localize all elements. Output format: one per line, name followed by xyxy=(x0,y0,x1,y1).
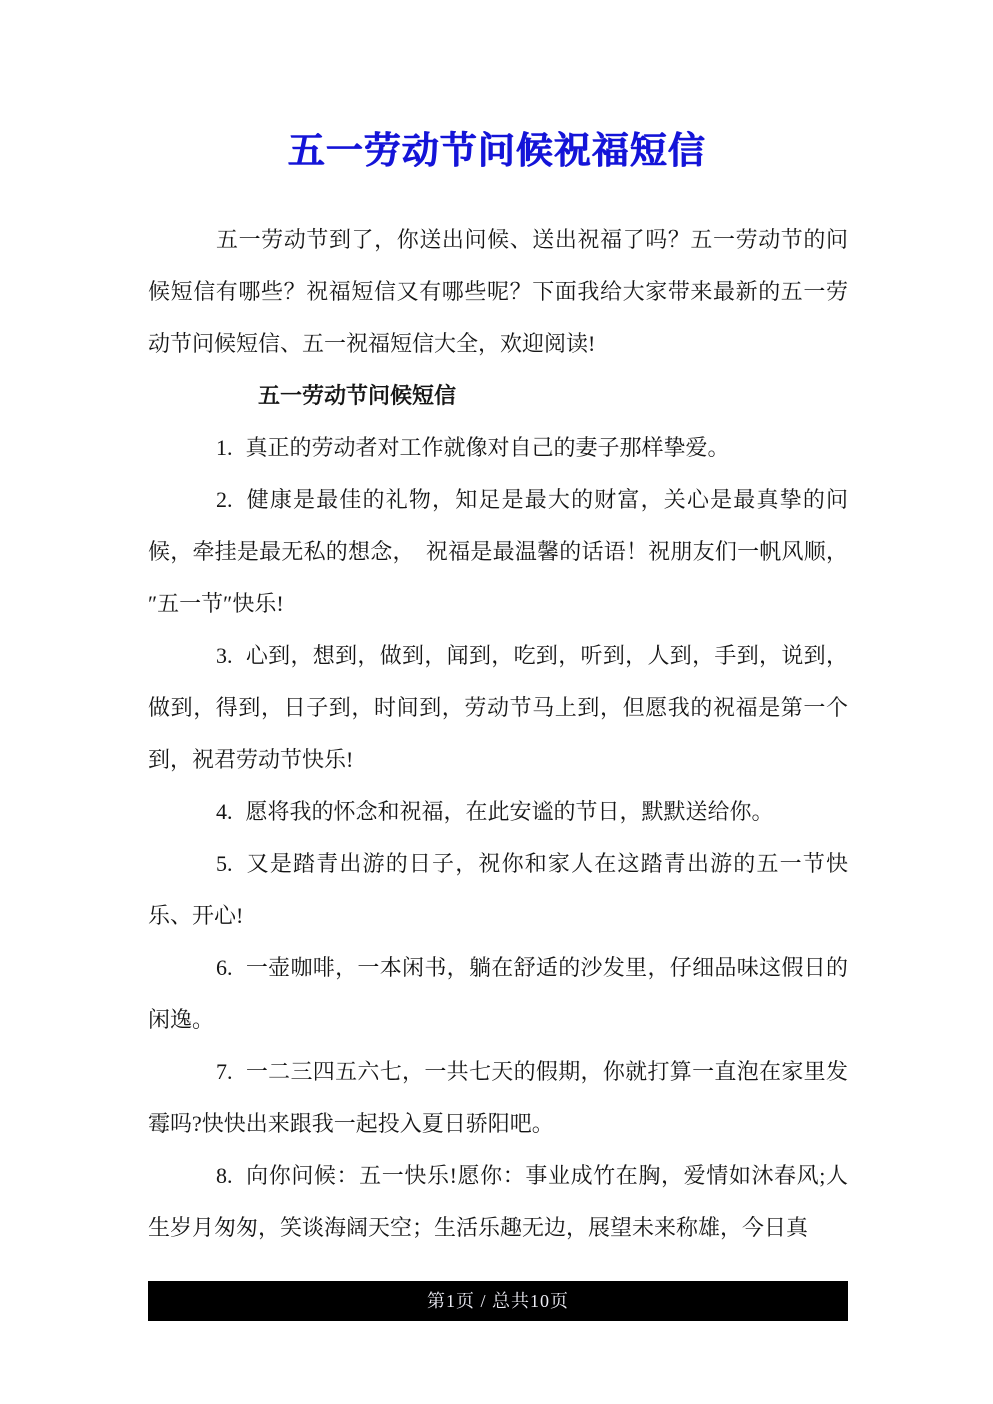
list-item-number: 1. xyxy=(216,435,233,460)
list-item: 1.真正的劳动者对工作就像对自己的妻子那样挚爱。 xyxy=(148,422,848,474)
list-item: 6.一壶咖啡，一本闲书，躺在舒适的沙发里，仔细品味这假日的闲逸。 xyxy=(148,942,848,1046)
list-item-number: 7. xyxy=(216,1059,233,1084)
page-footer-bar: 第1页 / 总共10页 xyxy=(148,1281,848,1321)
page-number-indicator: 第1页 / 总共10页 xyxy=(427,1291,569,1311)
list-item-text: 心到，想到，做到，闻到，吃到，听到，人到，手到，说到，做到，得到，日子到，时间到… xyxy=(148,643,848,772)
document-body: 五一劳动节到了，你送出问候、送出祝福了吗？五一劳动节的问候短信有哪些？祝福短信又… xyxy=(148,214,848,1254)
list-item-text: 健康是最佳的礼物，知足是最大的财富，关心是最真挚的问候，牵挂是最无私的想念， 祝… xyxy=(148,487,848,616)
list-item-text: 真正的劳动者对工作就像对自己的妻子那样挚爱。 xyxy=(246,435,730,460)
list-item: 2.健康是最佳的礼物，知足是最大的财富，关心是最真挚的问候，牵挂是最无私的想念，… xyxy=(148,474,848,630)
section-heading: 五一劳动节问候短信 xyxy=(148,370,848,422)
list-item: 3.心到，想到，做到，闻到，吃到，听到，人到，手到，说到，做到，得到，日子到，时… xyxy=(148,630,848,786)
list-item-number: 4. xyxy=(216,799,233,824)
list-item-text: 又是踏青出游的日子，祝你和家人在这踏青出游的五一节快乐、开心! xyxy=(148,851,848,928)
list-item-number: 8. xyxy=(216,1163,233,1188)
list-item: 4.愿将我的怀念和祝福，在此安谧的节日，默默送给你。 xyxy=(148,786,848,838)
document-page: 五一劳动节问候祝福短信 五一劳动节到了，你送出问候、送出祝福了吗？五一劳动节的问… xyxy=(0,0,993,1404)
list-item-text: 愿将我的怀念和祝福，在此安谧的节日，默默送给你。 xyxy=(246,799,774,824)
document-title: 五一劳动节问候祝福短信 xyxy=(0,120,993,174)
list-item-text: 一二三四五六七，一共七天的假期，你就打算一直泡在家里发霉吗?快快出来跟我一起投入… xyxy=(148,1059,848,1136)
list-item-number: 5. xyxy=(216,851,233,876)
list-item: 7.一二三四五六七，一共七天的假期，你就打算一直泡在家里发霉吗?快快出来跟我一起… xyxy=(148,1046,848,1150)
intro-paragraph: 五一劳动节到了，你送出问候、送出祝福了吗？五一劳动节的问候短信有哪些？祝福短信又… xyxy=(148,214,848,370)
list-item-text: 一壶咖啡，一本闲书，躺在舒适的沙发里，仔细品味这假日的闲逸。 xyxy=(148,955,848,1032)
list-item: 5.又是踏青出游的日子，祝你和家人在这踏青出游的五一节快乐、开心! xyxy=(148,838,848,942)
list-item-number: 2. xyxy=(216,487,233,512)
list-item-number: 6. xyxy=(216,955,233,980)
list-item: 8.向你问候：五一快乐!愿你：事业成竹在胸，爱情如沐春风;人生岁月匆匆，笑谈海阔… xyxy=(148,1150,848,1254)
list-item-text: 向你问候：五一快乐!愿你：事业成竹在胸，爱情如沐春风;人生岁月匆匆，笑谈海阔天空… xyxy=(148,1163,848,1240)
list-item-number: 3. xyxy=(216,643,233,668)
